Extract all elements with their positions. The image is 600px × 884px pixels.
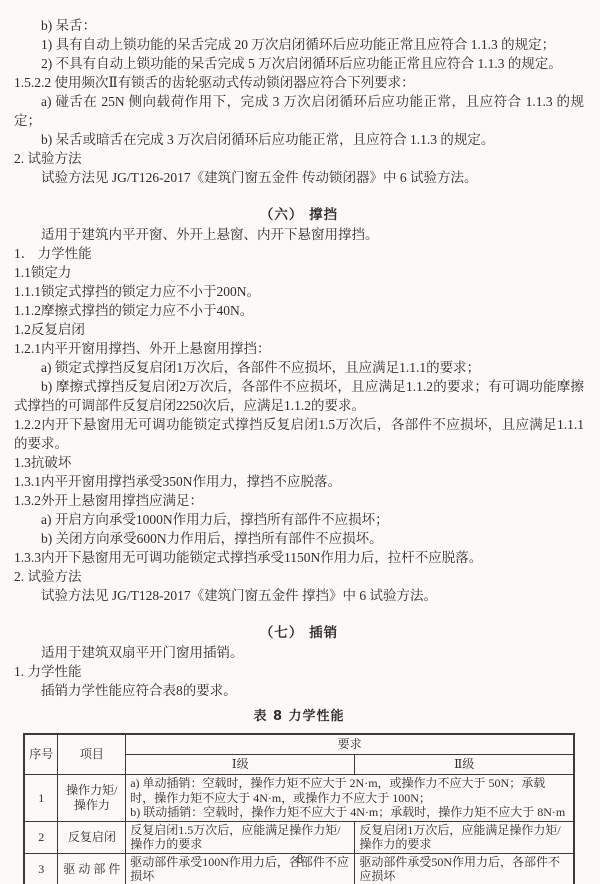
paragraph: 1.3.2外开上悬窗用撑挡应满足： — [14, 491, 584, 510]
paragraph: 1.2.2内开下悬窗用无可调功能锁定式撑挡反复启闭1.5万次后，各部件不应损坏，… — [14, 415, 584, 453]
page-number: 8 — [0, 852, 600, 867]
paragraph: 适用于建筑双扇平开门窗用插销。 — [14, 643, 584, 662]
paragraph: a) 锁定式撑挡反复启闭1万次后，各部件不应损坏，且应满足1.1.1的要求； — [14, 358, 584, 377]
header-requirement: 要求 — [126, 734, 574, 755]
paragraph: 适用于建筑内平开窗、外开上悬窗、内开下悬窗用撑挡。 — [14, 225, 584, 244]
table-row: 2反复启闭反复启闭1.5万次后，应能满足操作力矩/操作力的要求反复启闭1万次后，… — [24, 821, 574, 853]
header-no: 序号 — [24, 734, 58, 775]
header-item: 项目 — [58, 734, 126, 775]
paragraph: 1.1.2摩擦式撑挡的锁定力应不小于40N。 — [14, 301, 584, 320]
paragraph: 1. 力学性能 — [14, 662, 584, 681]
cell-item: 反复启闭 — [58, 821, 126, 853]
document-body: b) 呆舌：1) 具有自动上锁功能的呆舌完成 20 万次启闭循环后应功能正常且应… — [0, 0, 600, 884]
paragraph: 2) 不具有自动上锁功能的呆舌完成 5 万次启闭循环后应功能正常且应符合 1.1… — [14, 54, 584, 73]
paragraph: 1.1.1锁定式撑挡的锁定力应不小于200N。 — [14, 282, 584, 301]
cell-no: 1 — [24, 775, 58, 822]
paragraph: 1.3.1内平开窗用撑挡承受350N作用力，撑挡不应脱落。 — [14, 472, 584, 491]
requirement-line: a) 单动插销：空载时，操作力矩不应大于 2N·m，或操作力不应大于 50N；承… — [130, 776, 569, 805]
paragraph: 试验方法见 JG/T128-2017《建筑门窗五金件 撑挡》中 6 试验方法。 — [14, 586, 584, 605]
paragraph: 1.3.3内开下悬窗用无可调功能锁定式撑挡承受1150N作用力后，拉杆不应脱落。 — [14, 548, 584, 567]
cell-item: 操作力矩/操作力 — [58, 775, 126, 822]
paragraph: 1． 力学性能 — [14, 244, 584, 263]
paragraph: b) 呆舌或暗舌在完成 3 万次启闭循环后应功能正常，且应符合 1.1.3 的规… — [14, 130, 584, 149]
paragraph: 2. 试验方法 — [14, 149, 584, 168]
section-heading: （七） 插销 — [14, 624, 584, 643]
paragraph: 1.1锁定力 — [14, 263, 584, 282]
paragraph: a) 开启方向承受1000N作用力后，撑挡所有部件不应损坏； — [14, 510, 584, 529]
paragraph: 试验方法见 JG/T126-2017《建筑门窗五金件 传动锁闭器》中 6 试验方… — [14, 168, 584, 187]
paragraph: 1.5.2.2 使用频次Ⅱ有锁舌的齿轮驱动式传动锁闭器应符合下列要求： — [14, 73, 584, 92]
header-level-1: Ⅰ级 — [126, 755, 355, 775]
paragraph: b) 关闭方向承受600N力作用后，撑挡所有部件不应损坏。 — [14, 529, 584, 548]
paragraph: a) 碰舌在 25N 侧向载荷作用下，完成 3 万次启闭循环后应功能正常，且应符… — [14, 92, 584, 130]
paragraph: 1.2.1内平开窗用撑挡、外开上悬窗用撑挡： — [14, 339, 584, 358]
header-level-2: Ⅱ级 — [355, 755, 574, 775]
section-heading: （六） 撑挡 — [14, 206, 584, 225]
requirement-line: b) 联动插销：空载时，操作力矩不应大于 4N·m；承载时，操作力矩不应大于 8… — [130, 805, 569, 820]
paragraph: 插销力学性能应符合表8的要求。 — [14, 681, 584, 700]
paragraph: 1) 具有自动上锁功能的呆舌完成 20 万次启闭循环后应功能正常且应符合 1.1… — [14, 35, 584, 54]
cell-level-2: 反复启闭1万次后，应能满足操作力矩/操作力的要求 — [355, 821, 574, 853]
paragraph: 1.2反复启闭 — [14, 320, 584, 339]
cell-no: 2 — [24, 821, 58, 853]
paragraph: b) 摩擦式撑挡反复启闭2万次后，各部件不应损坏，且应满足1.1.2的要求；有可… — [14, 377, 584, 415]
document-page: b) 呆舌：1) 具有自动上锁功能的呆舌完成 20 万次启闭循环后应功能正常且应… — [0, 0, 600, 884]
paragraph: 1.3抗破坏 — [14, 453, 584, 472]
cell-level-1: 反复启闭1.5万次后，应能满足操作力矩/操作力的要求 — [126, 821, 355, 853]
table-caption: 表 8 力学性能 — [14, 707, 584, 726]
table-row: 1操作力矩/操作力a) 单动插销：空载时，操作力矩不应大于 2N·m，或操作力不… — [24, 775, 574, 822]
paragraph: b) 呆舌： — [14, 16, 584, 35]
paragraph: 2. 试验方法 — [14, 567, 584, 586]
cell-requirement: a) 单动插销：空载时，操作力矩不应大于 2N·m，或操作力不应大于 50N；承… — [126, 775, 574, 822]
